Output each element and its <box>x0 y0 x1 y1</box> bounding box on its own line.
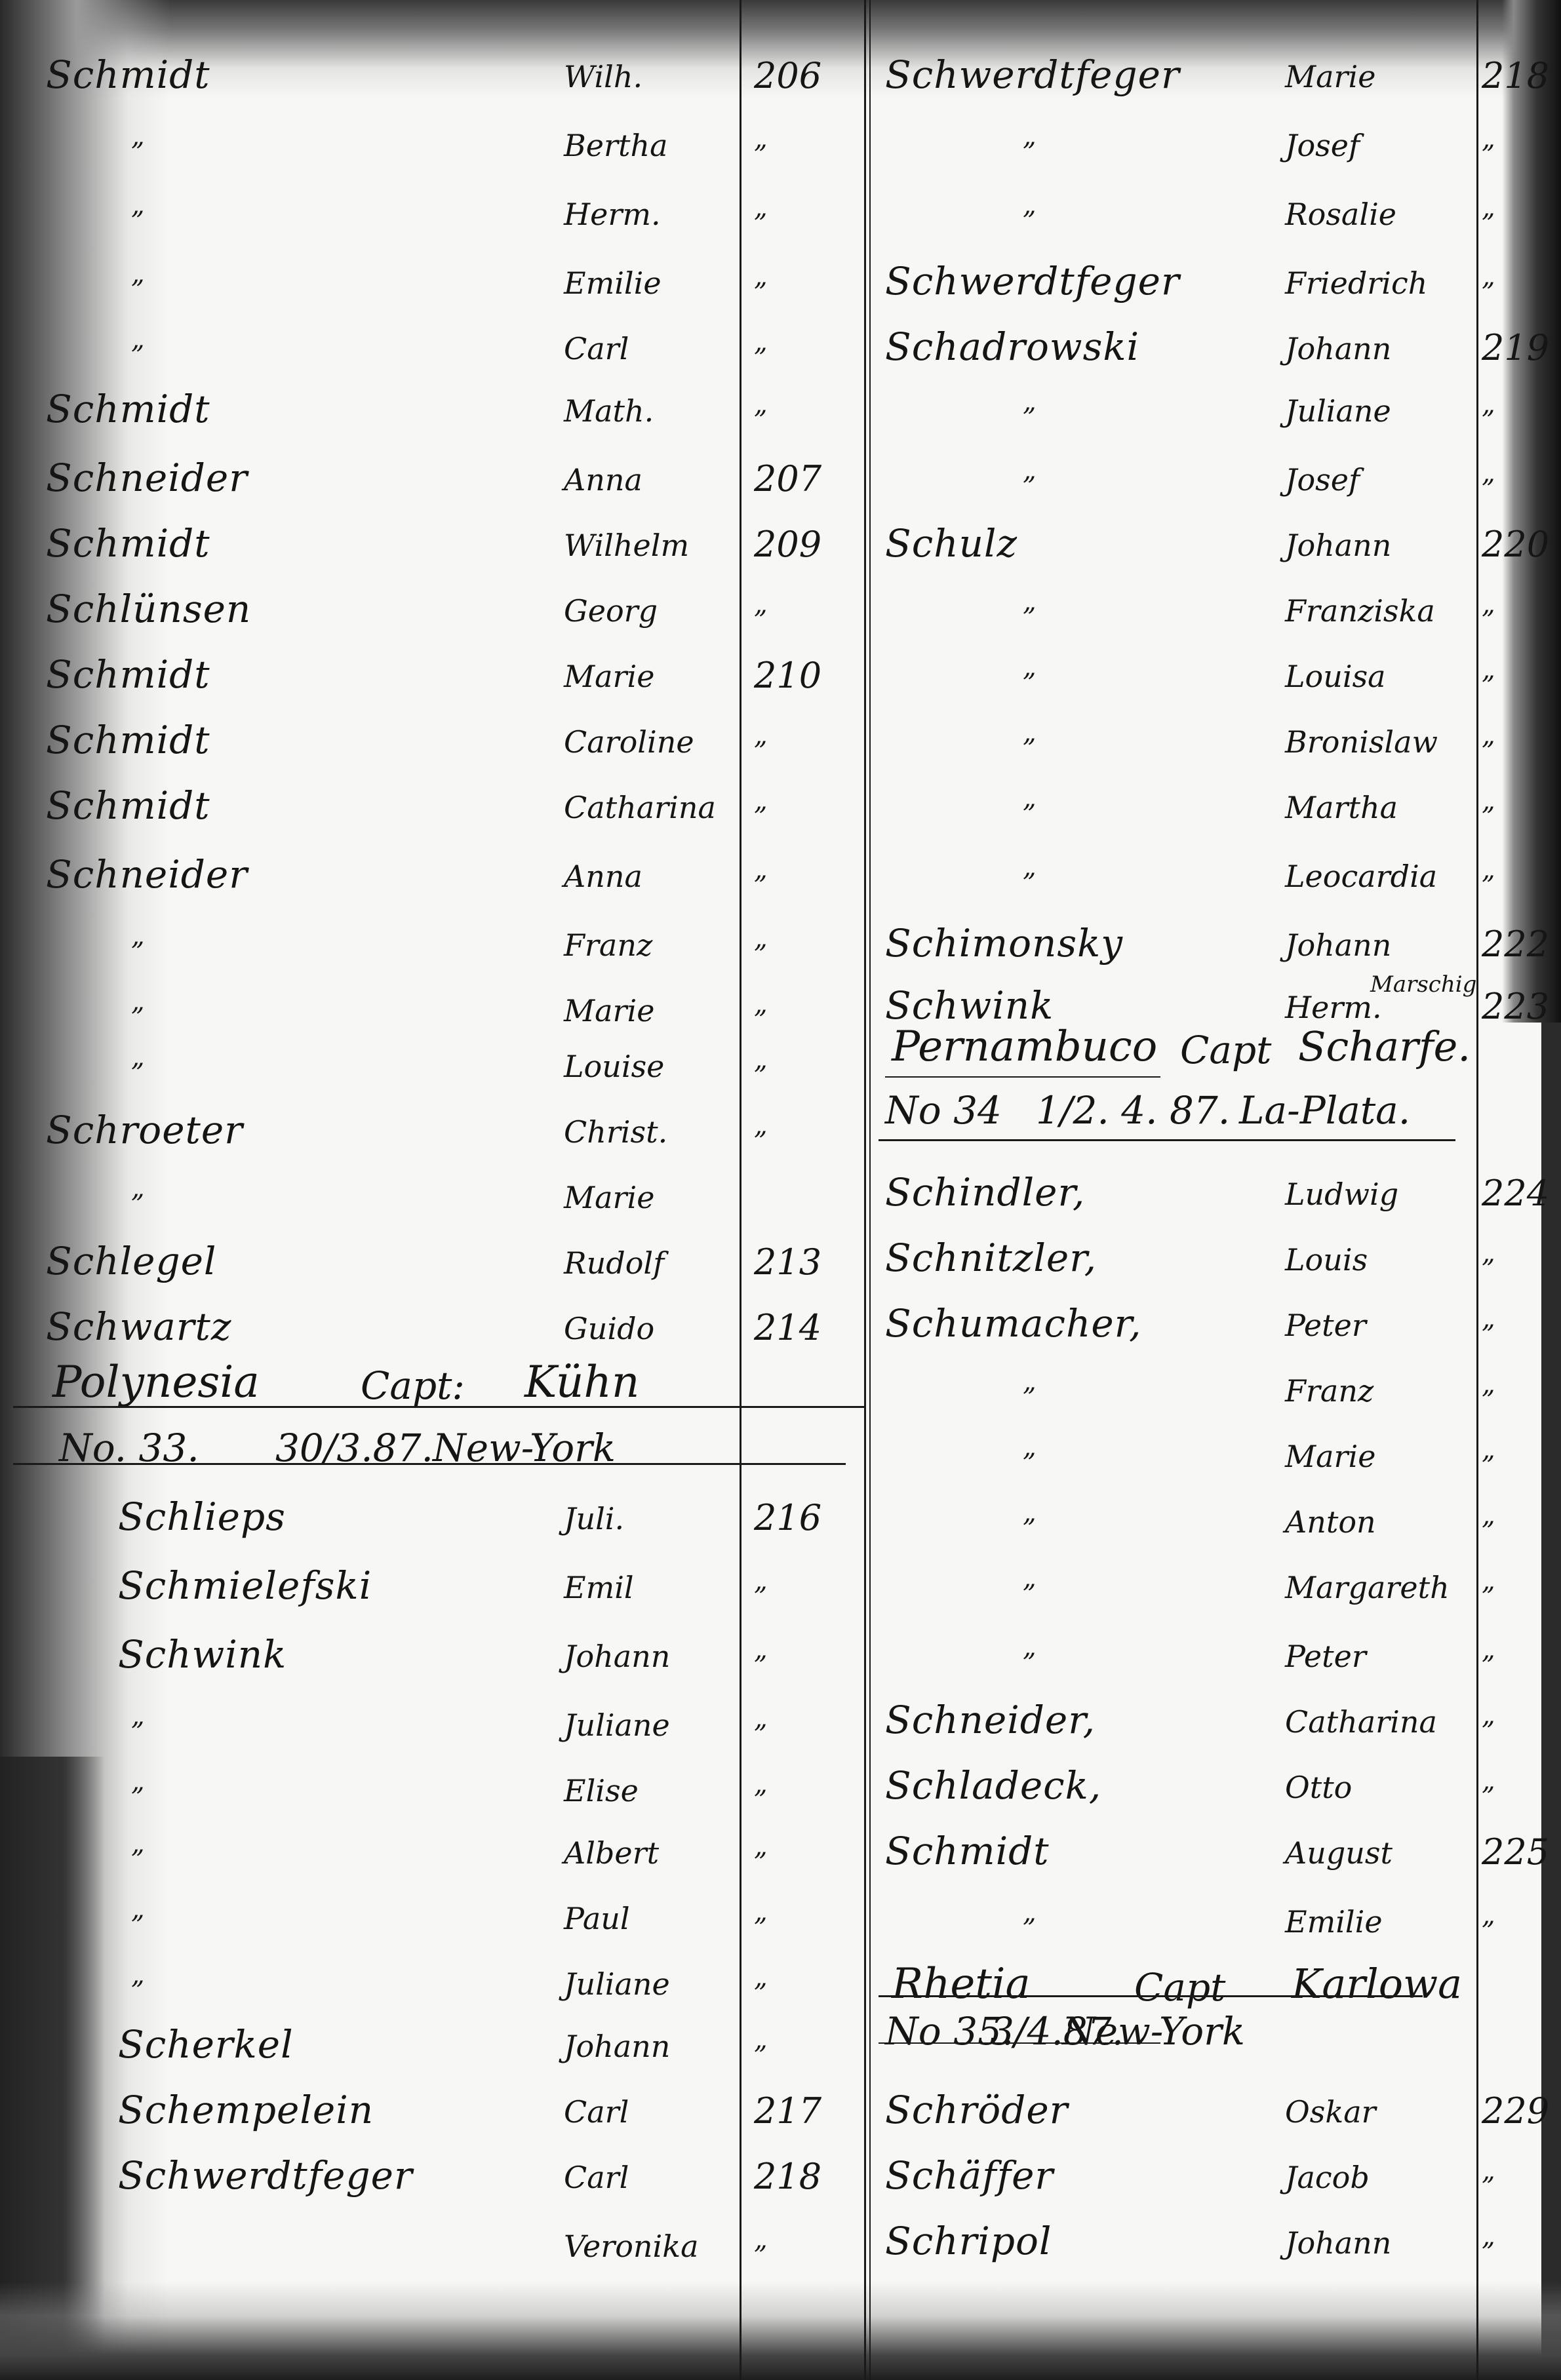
register-number: 218 <box>1482 55 1549 96</box>
given-name: Martha <box>1285 790 1398 825</box>
given-name: Math. <box>564 393 654 429</box>
given-name: Oskar <box>1285 2094 1376 2130</box>
given-name: Emilie <box>564 265 662 301</box>
number-ditto-mark: „ <box>1482 855 1495 885</box>
surname-ditto-mark: „ <box>131 1701 145 1731</box>
register-number: 218 <box>754 2156 821 2197</box>
register-entry: „Rosalie„ <box>872 190 1561 249</box>
number-ditto-mark: „ <box>1482 1304 1495 1334</box>
given-name: Franziska <box>1285 593 1435 629</box>
surname: Schlegel <box>46 1239 216 1283</box>
number-ditto-mark: „ <box>1482 124 1495 154</box>
register-entry: SchwerdtfegerCarl218 <box>0 2153 864 2212</box>
number-ditto-mark: „ <box>1482 1900 1495 1930</box>
surname: Schroeter <box>46 1108 243 1152</box>
surname: Schäffer <box>885 2153 1054 2198</box>
surname-ditto-mark: „ <box>131 121 145 151</box>
surname: Schulz <box>885 521 1018 566</box>
register-entry: SchempeleinCarl217 <box>0 2088 864 2147</box>
surname-ditto-mark: „ <box>131 921 145 951</box>
given-name: Guido <box>564 1311 654 1346</box>
captain-label: Capt <box>1180 1028 1271 1072</box>
surname: Schmidt <box>46 652 210 697</box>
surname: Schlieps <box>118 1494 286 1539</box>
given-name: Wilh. <box>564 59 642 94</box>
register-number: 219 <box>1482 327 1549 368</box>
number-ditto-mark: „ <box>754 924 768 954</box>
number-ditto-mark: „ <box>1482 1566 1495 1596</box>
number-ditto-mark: „ <box>1482 193 1495 223</box>
number-ditto-mark: „ <box>1482 1369 1495 1399</box>
register-entry: „Marie„ <box>872 1432 1561 1491</box>
number-ditto-mark: „ <box>754 124 768 154</box>
number-ditto-mark: „ <box>754 786 768 816</box>
given-name: Emil <box>564 1570 634 1605</box>
register-entry: Schindler,Ludwig224 <box>872 1170 1561 1229</box>
given-name: Herm. <box>564 197 661 232</box>
surname: Schlünsen <box>46 587 251 631</box>
given-name: Louise <box>564 1049 664 1084</box>
register-entry: „Juliane„ <box>872 387 1561 446</box>
given-name: Albert <box>564 1835 659 1871</box>
given-name: Marie <box>564 1180 654 1215</box>
given-name: Marie <box>564 993 654 1028</box>
surname-ditto-mark: „ <box>131 1960 145 1990</box>
given-name: Paul <box>564 1901 630 1936</box>
register-number: 222 <box>1482 924 1549 965</box>
register-entry: SchmidtCatharina„ <box>0 783 864 842</box>
register-entry: SchmidtMath.„ <box>0 387 864 446</box>
given-name: Juliane <box>1285 393 1391 429</box>
surname-ditto-mark: „ <box>1023 1898 1037 1928</box>
departure-date: 1/2. 4. 87. <box>1036 1088 1230 1133</box>
register-entry: „Franz„ <box>872 1367 1561 1426</box>
given-name: Peter <box>1285 1639 1366 1674</box>
number-ditto-mark: „ <box>1482 2221 1495 2252</box>
destination: La-Plata. <box>1239 1088 1410 1133</box>
given-name: August <box>1285 1835 1393 1871</box>
register-entry: SchadrowskiJohann219 <box>872 324 1561 383</box>
register-entry: „Bronislaw„ <box>872 718 1561 777</box>
register-entry: „Juliane„ <box>0 1960 864 2019</box>
number-ditto-mark: „ <box>754 1566 768 1596</box>
destination: New-York <box>1062 2009 1245 2054</box>
register-number: 210 <box>754 655 821 696</box>
register-entry: SchwerdtfegerFriedrich„ <box>872 259 1561 318</box>
ship-name: Pernambuco <box>892 1023 1157 1071</box>
given-name: Carl <box>564 2094 629 2130</box>
surname: Schmidt <box>46 387 210 431</box>
given-name: Johann <box>1285 927 1391 963</box>
captain-name: Karlowa <box>1292 1960 1462 2008</box>
number-ditto-mark: „ <box>1482 1700 1495 1730</box>
number-ditto-mark: „ <box>1482 589 1495 619</box>
given-name: Johann <box>564 1639 670 1674</box>
given-name: Anna <box>564 462 642 497</box>
surname-ditto-mark: „ <box>131 1173 145 1203</box>
captain-label: Capt <box>1134 1965 1225 2010</box>
register-entry: SchwartzGuido214 <box>0 1304 864 1363</box>
register-entry: „Herm.„ <box>0 190 864 249</box>
given-name: Jacob <box>1285 2160 1370 2195</box>
given-name: Christ. <box>564 1114 667 1150</box>
given-name: Louisa <box>1285 659 1386 694</box>
register-number: 213 <box>754 1241 821 1283</box>
number-ditto-mark: „ <box>1482 1500 1495 1531</box>
number-ditto-mark: „ <box>754 2225 768 2255</box>
register-entry: „Martha„ <box>872 783 1561 842</box>
surname: Schneider <box>46 852 248 897</box>
register-number: 225 <box>1482 1831 1549 1873</box>
register-entry: SchneiderAnna207 <box>0 456 864 515</box>
surname: Schindler, <box>885 1170 1085 1215</box>
register-number: 207 <box>754 458 821 499</box>
number-ditto-mark: „ <box>754 1897 768 1927</box>
given-name: Johann <box>1285 2225 1391 2261</box>
captain-label: Capt: <box>361 1363 465 1408</box>
given-name: Johann <box>1285 331 1391 366</box>
given-name: Anna <box>564 859 642 894</box>
register-entry: SchlünsenGeorg„ <box>0 587 864 646</box>
register-number: 209 <box>754 524 821 565</box>
ship-name: Polynesia <box>52 1357 260 1407</box>
register-entry: SchulzJohann220 <box>872 521 1561 580</box>
register-entry: „Emilie„ <box>0 259 864 318</box>
surname: Schneider, <box>885 1698 1096 1742</box>
voyage-line-underline <box>879 1139 1455 1141</box>
register-entry: „Margareth„ <box>872 1563 1561 1622</box>
number-ditto-mark: „ <box>754 1110 768 1141</box>
register-entry: SchmielefskiEmil„ <box>0 1563 864 1622</box>
register-entry: SchmidtMarie210 <box>0 652 864 711</box>
surname-ditto-mark: „ <box>1023 652 1037 682</box>
register-entry: „Paul„ <box>0 1894 864 1953</box>
surname: Schladeck, <box>885 1763 1101 1808</box>
number-ditto-mark: „ <box>754 1704 768 1734</box>
surname-ditto-mark: „ <box>1023 1432 1037 1462</box>
surname-ditto-mark: „ <box>131 1894 145 1924</box>
given-name: Johann <box>564 2029 670 2064</box>
register-entry: SchroeterChrist.„ <box>0 1108 864 1167</box>
surname: Schröder <box>885 2088 1068 2132</box>
surname-ditto-mark: „ <box>1023 190 1037 220</box>
surname: Schmidt <box>46 718 210 762</box>
register-number: 229 <box>1482 2090 1549 2132</box>
surname-ditto-mark: „ <box>1023 456 1037 486</box>
number-ditto-mark: „ <box>1482 786 1495 816</box>
register-entry: SchmidtWilh.206 <box>0 52 864 111</box>
register-entry: „Emilie„ <box>872 1898 1561 1957</box>
given-name: Josef <box>1285 128 1360 163</box>
surname: Schmidt <box>885 1829 1050 1873</box>
ship-header-pernambuco: Pernambuco Capt Scharfe. <box>872 1023 1528 1082</box>
voyage-line-polynesia: No. 33. 30/3.87. New-York <box>26 1426 865 1485</box>
register-entry: „Josef„ <box>872 121 1561 180</box>
surname: Schumacher, <box>885 1301 1141 1346</box>
register-entry: „Marie„ <box>0 986 864 1045</box>
surname: Schmidt <box>46 52 210 97</box>
surname: Schwink <box>885 983 1054 1028</box>
surname-ditto-mark: „ <box>131 986 145 1017</box>
register-entry: SchliepsJuli.216 <box>0 1494 864 1553</box>
register-entry: „Louise„ <box>0 1042 864 1101</box>
number-ditto-mark: „ <box>754 1831 768 1862</box>
surname: Schwerdtfeger <box>885 259 1180 303</box>
surname-ditto-mark: „ <box>1023 1632 1037 1662</box>
number-ditto-mark: „ <box>1482 720 1495 751</box>
surname: Schimonsky <box>885 921 1123 966</box>
given-name: Herm. <box>1285 990 1382 1025</box>
given-name: Elise <box>564 1773 639 1808</box>
given-name: Caroline <box>564 724 694 760</box>
given-name: Anton <box>1285 1504 1376 1540</box>
number-ditto-mark: „ <box>754 589 768 619</box>
number-ditto-mark: „ <box>754 855 768 885</box>
surname: Schripol <box>885 2219 1052 2263</box>
register-entry: „Elise„ <box>0 1766 864 1825</box>
surname-ditto-mark: „ <box>1023 1498 1037 1528</box>
given-name: Wilhelm <box>564 528 689 563</box>
given-name: Marie <box>564 659 654 694</box>
register-entry: „Juliane„ <box>0 1701 864 1760</box>
register-entry: SchlegelRudolf213 <box>0 1239 864 1298</box>
register-entry: SchneiderAnna„ <box>0 852 864 911</box>
register-entry: „Leocardia„ <box>872 852 1561 911</box>
number-ditto-mark: „ <box>754 1769 768 1799</box>
surname-ditto-mark: „ <box>131 1042 145 1072</box>
register-entry: „Franz„ <box>0 921 864 980</box>
scan-shadow-bottom <box>0 2282 1561 2380</box>
number-ditto-mark: „ <box>1482 1635 1495 1665</box>
register-entry: „Peter„ <box>872 1632 1561 1691</box>
surname-ditto-mark: „ <box>1023 1367 1037 1397</box>
register-entry: Veronika„ <box>0 2222 864 2281</box>
given-name: Louis <box>1285 1242 1368 1278</box>
surname: Schwerdtfeger <box>118 2153 413 2198</box>
number-ditto-mark: „ <box>754 1635 768 1665</box>
number-ditto-mark: „ <box>1482 458 1495 488</box>
voyage-line-underline <box>13 1463 846 1465</box>
surname-ditto-mark: „ <box>131 259 145 289</box>
given-name: Ludwig <box>1285 1177 1398 1212</box>
number-ditto-mark: „ <box>1482 1238 1495 1268</box>
given-name: Emilie <box>1285 1904 1383 1940</box>
captain-name: Scharfe. <box>1298 1023 1471 1070</box>
register-entry: „Carl„ <box>0 324 864 383</box>
number-ditto-mark: „ <box>1482 1435 1495 1465</box>
register-entry: „Albert„ <box>0 1829 864 1888</box>
register-entry: Schneider,Catharina„ <box>872 1698 1561 1757</box>
surname: Schneider <box>46 456 248 500</box>
ship-name: Rhetia <box>892 1960 1031 2008</box>
given-name: Josef <box>1285 462 1360 497</box>
given-name: Rosalie <box>1285 197 1396 232</box>
number-ditto-mark: „ <box>754 193 768 223</box>
register-entry: „Franziska„ <box>872 587 1561 646</box>
number-ditto-mark: „ <box>1482 389 1495 419</box>
given-name: Carl <box>564 2160 629 2195</box>
page-center-rule-2 <box>869 0 871 2380</box>
given-name: Franz <box>564 927 652 963</box>
captain-name: Kühn <box>524 1357 639 1407</box>
register-entry: „Josef„ <box>872 456 1561 515</box>
given-name: Juliane <box>564 1966 670 2002</box>
given-name: Bronislaw <box>1285 724 1438 760</box>
given-name: Georg <box>564 593 658 629</box>
ship-header-underline <box>879 1995 1423 1997</box>
voyage-number: No 34 <box>885 1088 1002 1133</box>
voyage-line-pernambuco: No 34 1/2. 4. 87. La-Plata. <box>872 1088 1528 1147</box>
register-entry: Schladeck,Otto„ <box>872 1763 1561 1822</box>
register-entry: „Louisa„ <box>872 652 1561 711</box>
surname: Schadrowski <box>885 324 1139 369</box>
register-entry: „Bertha„ <box>0 121 864 180</box>
number-ditto-mark: „ <box>754 989 768 1019</box>
register-entry: SchäfferJacob„ <box>872 2153 1561 2212</box>
number-ditto-mark: „ <box>754 720 768 751</box>
register-entry: SchröderOskar229 <box>872 2088 1561 2147</box>
surname-ditto-mark: „ <box>131 1766 145 1797</box>
register-number: 216 <box>754 1497 821 1538</box>
number-ditto-mark: „ <box>754 262 768 292</box>
register-number: 223 <box>1482 986 1549 1027</box>
given-name: Johann <box>1285 528 1391 563</box>
register-entry: ScherkelJohann„ <box>0 2022 864 2081</box>
given-name: Leocardia <box>1285 859 1437 894</box>
given-name: Peter <box>1285 1308 1366 1343</box>
given-name: Carl <box>564 331 629 366</box>
surname-ditto-mark: „ <box>131 190 145 220</box>
surname-ditto-mark: „ <box>1023 121 1037 151</box>
given-name: Margareth <box>1285 1570 1450 1605</box>
surname: Schmielefski <box>118 1563 372 1608</box>
number-ditto-mark: „ <box>754 1962 768 1993</box>
given-name: Juliane <box>564 1707 670 1743</box>
given-name: Veronika <box>564 2229 699 2264</box>
register-entry: „Marie <box>0 1173 864 1232</box>
given-name: Franz <box>1285 1373 1373 1409</box>
register-number: 220 <box>1482 524 1549 565</box>
given-name: Otto <box>1285 1770 1352 1805</box>
given-name: Friedrich <box>1285 265 1427 301</box>
register-number: 206 <box>754 55 821 96</box>
number-ditto-mark: „ <box>1482 655 1495 685</box>
voyage-line-rhetia: No 35. 3/4.87. New-York <box>872 2009 1528 2068</box>
page-center-rule <box>864 0 866 2380</box>
surname: Scherkel <box>118 2022 294 2067</box>
surname-ditto-mark: „ <box>1023 783 1037 813</box>
ship-header-underline <box>885 1076 1160 1078</box>
surname-ditto-mark: „ <box>1023 587 1037 617</box>
register-entry: SchwerdtfegerMarie218 <box>872 52 1561 111</box>
register-entry: Schnitzler,Louis„ <box>872 1236 1561 1295</box>
register-entry: SchmidtWilhelm209 <box>0 521 864 580</box>
number-ditto-mark: „ <box>754 327 768 357</box>
given-name: Catharina <box>1285 1704 1437 1740</box>
surname: Schmidt <box>46 783 210 828</box>
surname-ditto-mark: „ <box>131 324 145 355</box>
number-ditto-mark: „ <box>754 1045 768 1075</box>
register-entry: SchmidtCaroline„ <box>0 718 864 777</box>
register-entry: „Anton„ <box>872 1498 1561 1557</box>
given-name: Juli. <box>564 1501 624 1536</box>
number-ditto-mark: „ <box>1482 262 1495 292</box>
surname-ditto-mark: „ <box>1023 852 1037 882</box>
register-page: SchmidtWilh.206„Bertha„„Herm.„„Emilie„„C… <box>0 0 1561 2380</box>
register-entry: Schumacher,Peter„ <box>872 1301 1561 1360</box>
number-ditto-mark: „ <box>754 2025 768 2055</box>
surname-ditto-mark: „ <box>1023 387 1037 417</box>
given-name: Marie <box>1285 59 1375 94</box>
surname-ditto-mark: „ <box>1023 1563 1037 1593</box>
margin-annotation: Marschig <box>1370 971 1476 998</box>
given-name: Catharina <box>564 790 716 825</box>
register-entry: SchmidtAugust225 <box>872 1829 1561 1888</box>
surname-ditto-mark: „ <box>131 1829 145 1859</box>
voyage-line-underline <box>879 2042 1160 2044</box>
register-entry: SchripolJohann„ <box>872 2219 1561 2278</box>
surname: Schnitzler, <box>885 1236 1097 1280</box>
register-entry: SchwinkJohann„ <box>0 1632 864 1691</box>
register-number: 217 <box>754 2090 821 2132</box>
surname: Schwink <box>118 1632 287 1677</box>
register-number: 214 <box>754 1307 821 1348</box>
surname: Schempelein <box>118 2088 374 2132</box>
number-ditto-mark: „ <box>754 389 768 419</box>
surname: Schwerdtfeger <box>885 52 1180 97</box>
number-ditto-mark: „ <box>1482 1766 1495 1796</box>
number-ditto-mark: „ <box>1482 2156 1495 2186</box>
given-name: Rudolf <box>564 1245 664 1281</box>
surname: Schmidt <box>46 521 210 566</box>
register-number: 224 <box>1482 1173 1549 1214</box>
ship-header-underline <box>13 1406 865 1408</box>
given-name: Bertha <box>564 128 668 163</box>
given-name: Marie <box>1285 1439 1375 1474</box>
surname-ditto-mark: „ <box>1023 718 1037 748</box>
surname: Schwartz <box>46 1304 231 1349</box>
